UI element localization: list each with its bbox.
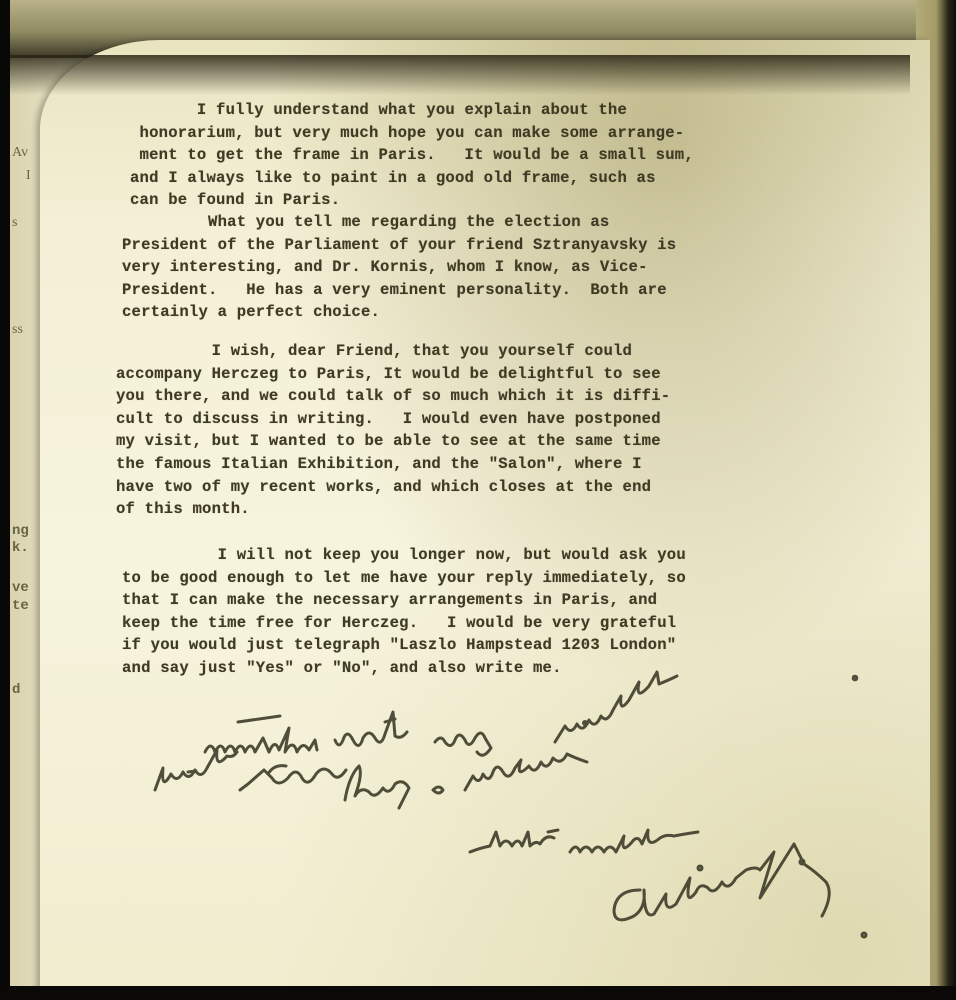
letter-body: I fully understand what you explain abou… — [0, 0, 956, 1000]
photo-border-bottom — [0, 986, 956, 1000]
document-photo: Av I s ss ng k. ve te d I fully understa… — [0, 0, 956, 1000]
